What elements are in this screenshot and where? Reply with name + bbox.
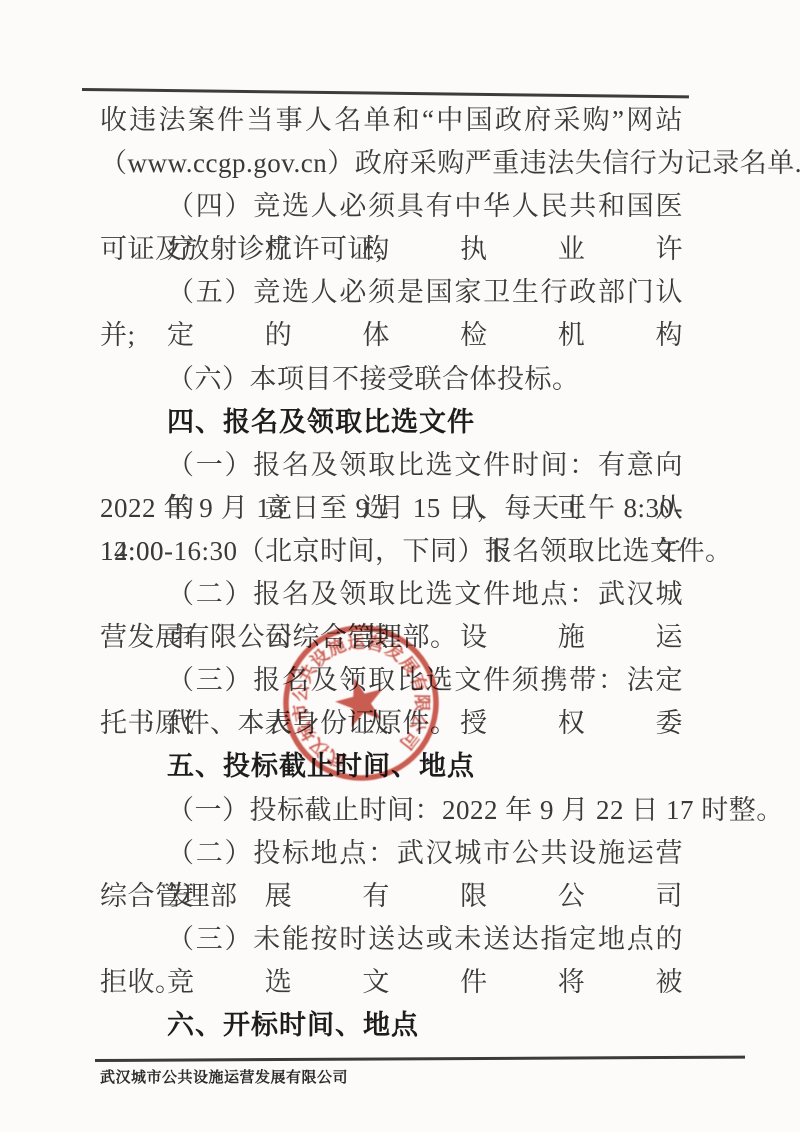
text-line: （二）投标地点：武汉城市公共设施运营发展有限公司 [100, 832, 683, 875]
document-body: 收违法案件当事人名单和“中国政府采购”网站（www.ccgp.gov.cn）政府… [100, 99, 683, 1047]
text-line: 14:00-16:30（北京时间，下同）报名领取比选文件。 [100, 530, 683, 573]
text-line: （一）报名及领取比选文件时间：有意向的竞选人可从 [100, 444, 683, 487]
section-heading: 四、报名及领取比选文件 [100, 401, 683, 444]
text-line: （三）未能按时送达或未送达指定地点的竞选文件将被 [100, 918, 683, 961]
scanned-document-page: 收违法案件当事人名单和“中国政府采购”网站（www.ccgp.gov.cn）政府… [0, 0, 800, 1132]
text-line: （六）本项目不接受联合体投标。 [100, 358, 683, 401]
text-line: 收违法案件当事人名单和“中国政府采购”网站 [100, 99, 683, 142]
text-line: （一）投标截止时间：2022 年 9 月 22 日 17 时整。 [100, 789, 683, 832]
footer-company-name: 武汉城市公共设施运营发展有限公司 [100, 1066, 348, 1087]
text-line: 2022 年 9 月 13 日至 9 月 15 日，每天上午 8:30-12:0… [100, 487, 683, 530]
section-heading: 六、开标时间、地点 [100, 1004, 683, 1047]
text-line: （www.ccgp.gov.cn）政府采购严重违法失信行为记录名单.； [100, 142, 683, 185]
text-line: （二）报名及领取比选文件地点：武汉城市公共设施运 [100, 573, 683, 616]
section-heading: 五、投标截止时间、地点 [100, 745, 683, 788]
top-rule [82, 88, 689, 98]
text-line: （三）报名及领取比选文件须携带：法定代表人授权委 [100, 659, 683, 702]
text-line: （四）竞选人必须具有中华人民共和国医疗机构执业许 [100, 185, 683, 228]
text-line: （五）竞选人必须是国家卫生行政部门认定的体检机构 [100, 271, 683, 314]
footer-rule [95, 1056, 745, 1062]
